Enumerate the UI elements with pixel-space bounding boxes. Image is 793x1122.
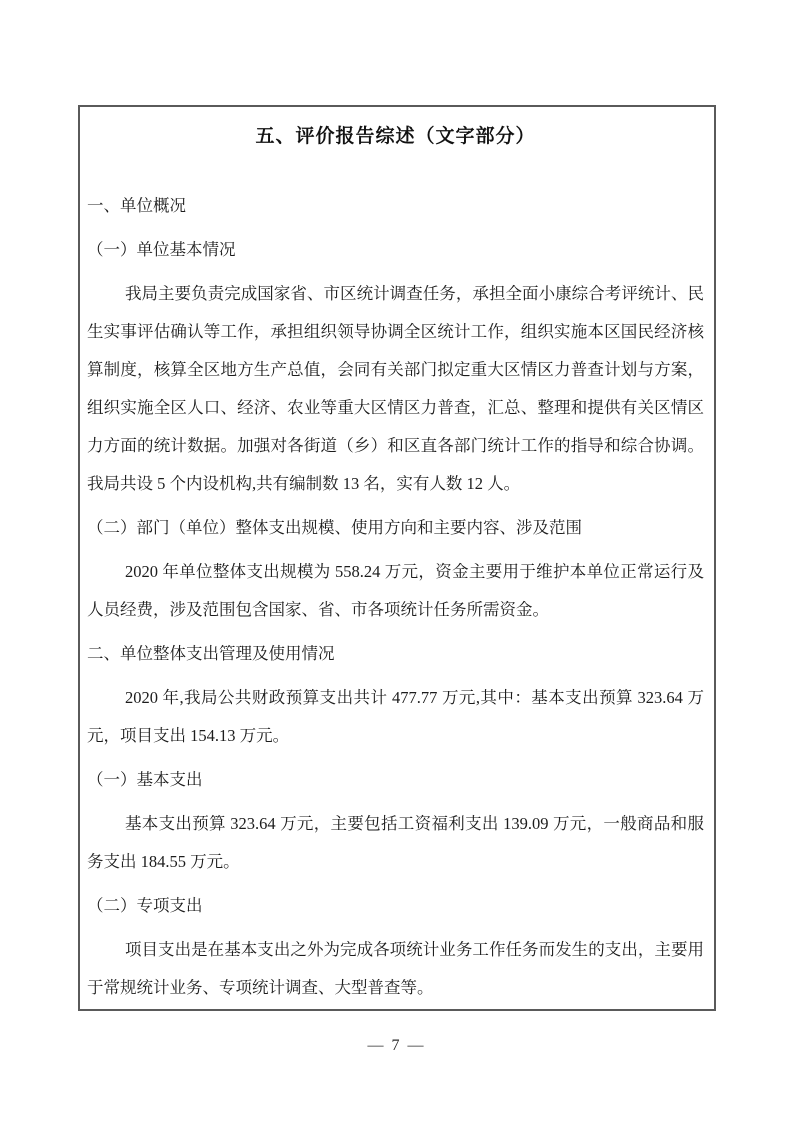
section-heading-unit-overview: 一、单位概况 — [87, 187, 704, 225]
paragraph-overall-expenditure: 2020 年单位整体支出规模为 558.24 万元，资金主要用于维护本单位正常运… — [87, 553, 704, 629]
paragraph-budget-totals: 2020 年,我局公共财政预算支出共计 477.77 万元,其中：基本支出预算 … — [87, 679, 704, 755]
document-page: 五、评价报告综述（文字部分） 一、单位概况 （一）单位基本情况 我局主要负责完成… — [0, 0, 793, 1122]
section-heading-unit-basic-info: （一）单位基本情况 — [87, 231, 704, 269]
report-border-box: 五、评价报告综述（文字部分） 一、单位概况 （一）单位基本情况 我局主要负责完成… — [78, 105, 716, 1011]
report-title: 五、评价报告综述（文字部分） — [87, 119, 704, 155]
paragraph-basic-expenditure-detail: 基本支出预算 323.64 万元，主要包括工资福利支出 139.09 万元，一般… — [87, 805, 704, 881]
paragraph-project-expenditure-detail: 项目支出是在基本支出之外为完成各项统计业务工作任务而发生的支出，主要用于常规统计… — [87, 931, 704, 1007]
section-heading-special-expenditure: （二）专项支出 — [87, 887, 704, 925]
section-heading-overall-expenditure-scope: （二）部门（单位）整体支出规模、使用方向和主要内容、涉及范围 — [87, 509, 704, 547]
page-number: — 7 — — [0, 1034, 793, 1058]
section-heading-expenditure-management: 二、单位整体支出管理及使用情况 — [87, 635, 704, 673]
paragraph-unit-duties: 我局主要负责完成国家省、市区统计调查任务，承担全面小康综合考评统计、民生实事评估… — [87, 275, 704, 503]
section-heading-basic-expenditure: （一）基本支出 — [87, 761, 704, 799]
